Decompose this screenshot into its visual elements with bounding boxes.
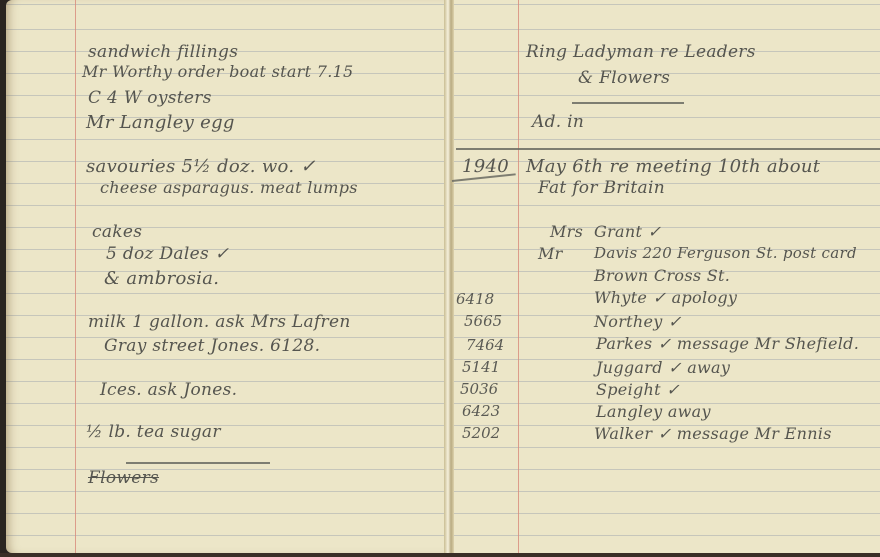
note-line: sandwich fillings xyxy=(88,42,238,62)
note-line: Mr Worthy order boat start 7.15 xyxy=(82,62,354,81)
note-line: cheese asparagus. meat lumps xyxy=(100,178,358,197)
note-line: Ices. ask Jones. xyxy=(100,380,237,400)
contact-name: Whyte ✓ apology xyxy=(594,288,737,307)
contact-name: Northey ✓ xyxy=(594,312,682,331)
title-label: Mr xyxy=(538,244,563,263)
note-line: ½ lb. tea sugar xyxy=(86,422,221,442)
note-line-struck: Flowers xyxy=(88,468,159,488)
note-line: savouries 5½ doz. wo. ✓ xyxy=(86,156,316,177)
underline-rule xyxy=(572,102,684,104)
phone-number: 5036 xyxy=(460,380,498,398)
note-line: May 6th re meeting 10th about xyxy=(526,156,820,177)
note-line: 5 doz Dales ✓ xyxy=(106,244,229,264)
phone-number: 5141 xyxy=(462,358,500,376)
note-line: C 4 W oysters xyxy=(88,88,212,108)
note-line: & ambrosia. xyxy=(104,268,219,289)
note-line: Ad. in xyxy=(532,112,584,132)
notebook-spread: sandwich fillings Mr Worthy order boat s… xyxy=(0,0,880,557)
left-margin-line xyxy=(75,0,76,553)
note-line: Davis 220 Ferguson St. post card xyxy=(594,244,857,262)
note-line: Mr Langley egg xyxy=(86,112,235,133)
note-line: Grant ✓ xyxy=(594,222,661,241)
underline-rule xyxy=(126,462,270,464)
right-margin-line xyxy=(518,0,519,553)
note-line: Gray street Jones. 6128. xyxy=(104,336,320,356)
note-line: Ring Ladyman re Leaders xyxy=(526,42,756,62)
phone-number: 6423 xyxy=(462,402,500,420)
note-line: & Flowers xyxy=(578,68,670,88)
title-label: Mrs xyxy=(550,222,583,241)
left-page xyxy=(6,0,446,553)
contact-name: Juggard ✓ away xyxy=(596,358,730,377)
contact-name: Parkes ✓ message Mr Shefield. xyxy=(596,334,859,353)
contact-name: Walker ✓ message Mr Ennis xyxy=(594,424,832,443)
notebook-spine xyxy=(444,0,454,557)
note-line: Brown Cross St. xyxy=(594,266,730,285)
phone-number: 7464 xyxy=(466,336,504,354)
contact-name: Langley away xyxy=(596,402,711,421)
contact-name: Speight ✓ xyxy=(596,380,680,399)
notebook-bottom-edge xyxy=(0,553,880,557)
phone-number: 5665 xyxy=(464,312,502,330)
note-line: cakes xyxy=(92,222,142,242)
section-divider-rule xyxy=(456,148,880,150)
note-line: Fat for Britain xyxy=(538,178,665,198)
note-line: milk 1 gallon. ask Mrs Lafren xyxy=(88,312,351,332)
phone-number: 6418 xyxy=(456,290,494,308)
phone-number: 5202 xyxy=(462,424,500,442)
